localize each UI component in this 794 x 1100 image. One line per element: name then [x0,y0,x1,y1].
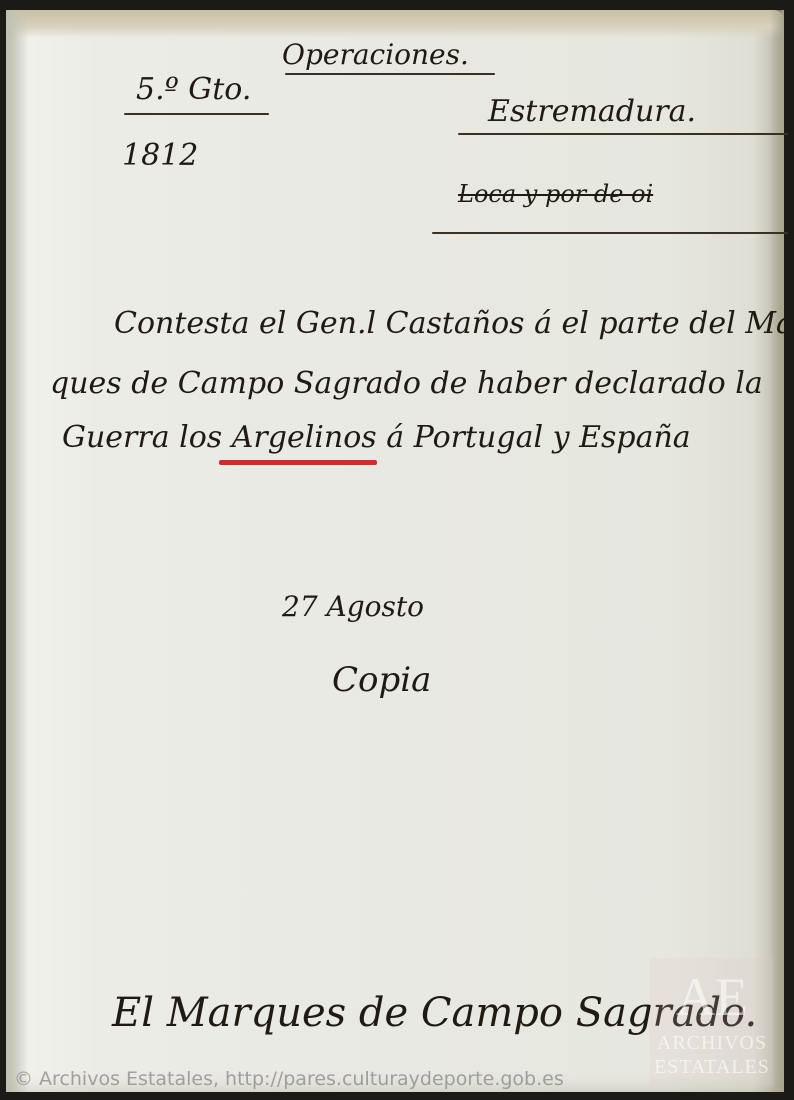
struck-rule [432,232,788,234]
watermark-line-2: ESTATALES [650,1056,774,1079]
summary-line-3-pre: Guerra los [62,420,232,455]
page-right-edge [770,10,784,1092]
copyright-notice: © Archivos Estatales, http://pares.cultu… [14,1068,564,1090]
highlighted-word: Argelinos [232,420,377,455]
summary-line-2: ques de Campo Sagrado de haber declarado… [50,366,763,401]
region-rule [458,133,788,135]
page-left-shadow [6,10,28,1092]
highlight-underline [219,460,377,465]
year-label: 1812 [122,138,198,173]
watermark-line-1: ARCHIVOS [650,1032,774,1055]
section-label: 5.º Gto. [136,72,251,107]
series-heading: Operaciones. [282,38,469,71]
archive-logo-icon: AE [650,966,774,1028]
summary-line-3: Guerra los Argelinos á Portugal y España [62,420,691,455]
copy-note: Copia [332,660,431,700]
page-top-fold [6,10,784,38]
region-label: Estremadura. [488,94,696,129]
summary-line-1: Contesta el Gen.l Castaños á el parte de… [114,306,794,341]
struck-out-text: Loca y por de oi [458,180,653,208]
archive-watermark: AE ARCHIVOS ESTATALES [650,958,774,1086]
summary-line-3-post: á Portugal y España [377,420,691,455]
section-rule [124,113,269,115]
date-label: 27 Agosto [282,590,424,623]
